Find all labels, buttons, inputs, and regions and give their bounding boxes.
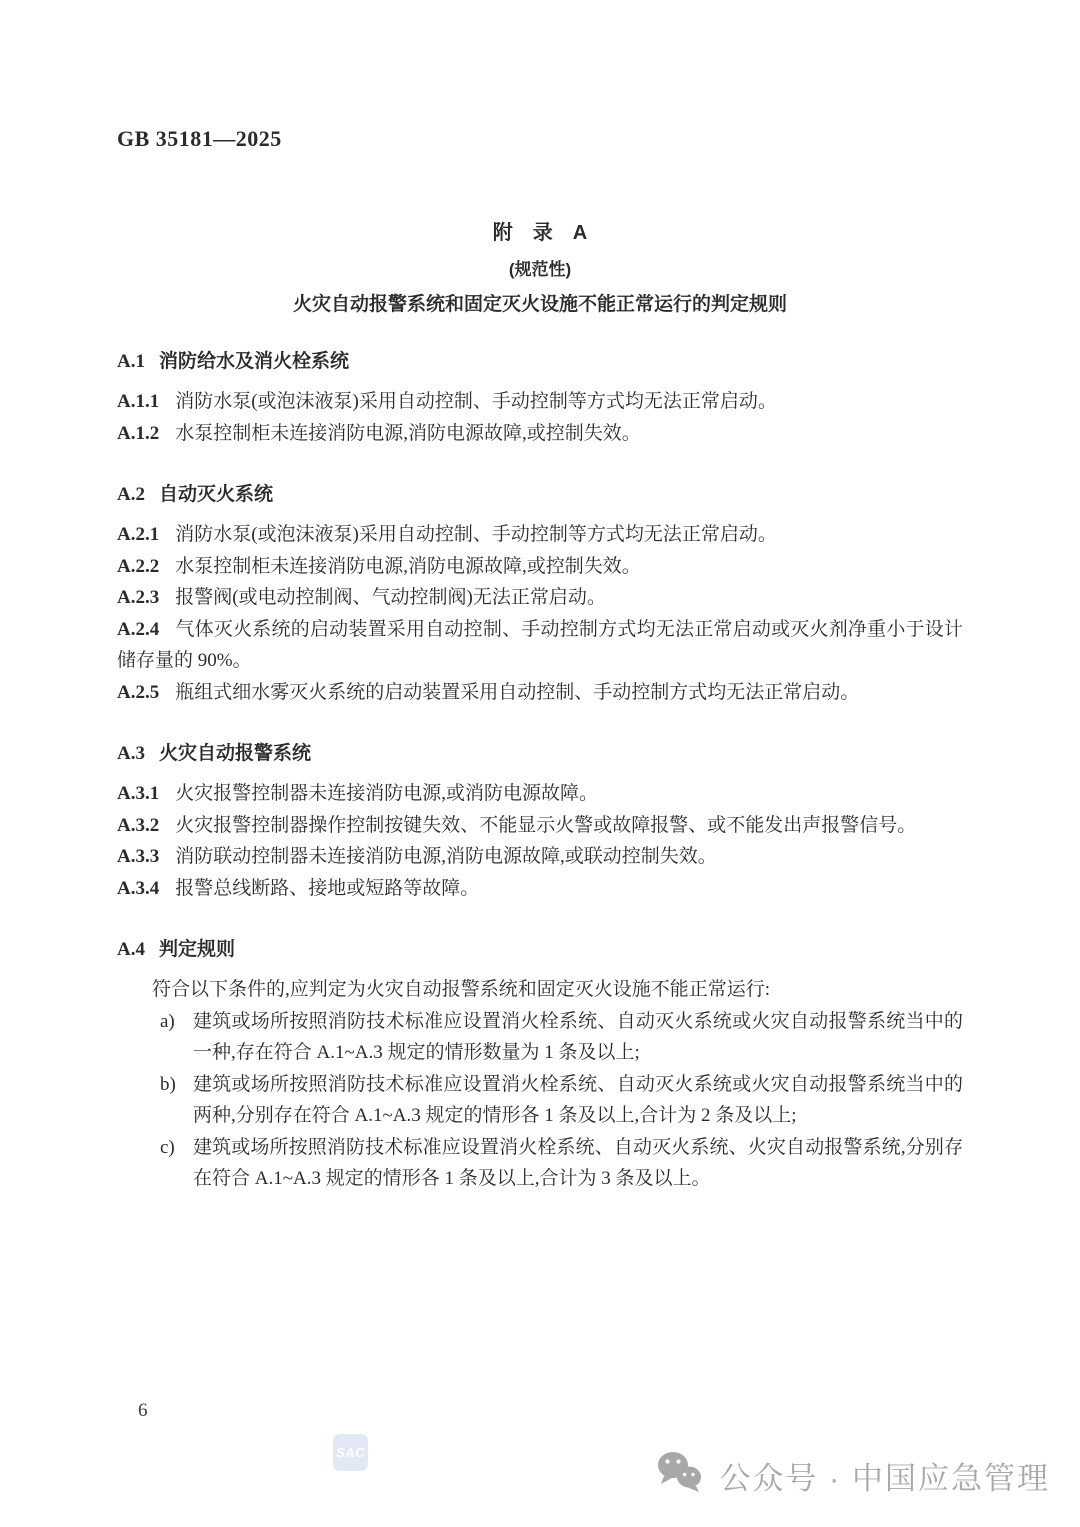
clause-text: 水泵控制柜未连接消防电源,消防电源故障,或控制失效。	[175, 556, 641, 577]
section-heading-a4: A.4判定规则	[117, 934, 963, 961]
section-number: A.4	[117, 939, 145, 960]
section-number: A.1	[117, 351, 145, 372]
clause-a2-1: A.2.1消防水泵(或泡沫液泵)采用自动控制、手动控制等方式均无法正常启动。	[117, 519, 963, 551]
section-title: 自动灭火系统	[159, 484, 273, 505]
clause-a1-2: A.1.2水泵控制柜未连接消防电源,消防电源故障,或控制失效。	[117, 418, 963, 450]
clause-number: A.2.5	[117, 682, 159, 703]
clause-number: A.3.1	[117, 783, 159, 804]
standard-code: GB 35181—2025	[117, 126, 963, 152]
rule-item-b: b) 建筑或场所按照消防技术标准应设置消火栓系统、自动灭火系统或火灾自动报警系统…	[160, 1069, 963, 1132]
appendix-normative-tag: (规范性)	[117, 255, 963, 280]
section-heading-a3: A.3火灾自动报警系统	[117, 738, 963, 765]
clause-number: A.3.2	[117, 815, 159, 836]
clause-text: 报警阀(或电动控制阀、气动控制阀)无法正常启动。	[175, 587, 606, 608]
rule-item-label: c)	[160, 1132, 193, 1195]
watermark: 公众号 · 中国应急管理	[654, 1450, 1050, 1500]
clause-number: A.1.2	[117, 423, 159, 444]
rule-item-text: 建筑或场所按照消防技术标准应设置消火栓系统、自动灭火系统或火灾自动报警系统当中的…	[193, 1069, 963, 1132]
sac-logo-text: SAC	[336, 1445, 365, 1460]
rule-item-label: a)	[160, 1006, 193, 1069]
clause-number: A.3.4	[117, 878, 159, 899]
clause-text: 火灾报警控制器操作控制按键失效、不能显示火警或故障报警、或不能发出声报警信号。	[175, 815, 916, 836]
judgment-rule-list: a) 建筑或场所按照消防技术标准应设置消火栓系统、自动灭火系统或火灾自动报警系统…	[117, 1006, 963, 1195]
clause-a2-4: A.2.4气体灭火系统的启动装置采用自动控制、手动控制方式均无法正常启动或灭火剂…	[117, 614, 963, 677]
section-number: A.2	[117, 484, 145, 505]
clause-number: A.2.4	[117, 619, 159, 640]
clause-a1-1: A.1.1消防水泵(或泡沫液泵)采用自动控制、手动控制等方式均无法正常启动。	[117, 386, 963, 418]
clause-a3-2: A.3.2火灾报警控制器操作控制按键失效、不能显示火警或故障报警、或不能发出声报…	[117, 810, 963, 842]
wechat-icon	[654, 1450, 704, 1500]
clause-text: 报警总线断路、接地或短路等故障。	[175, 878, 479, 899]
appendix-title: 火灾自动报警系统和固定灭火设施不能正常运行的判定规则	[117, 289, 963, 316]
clause-text: 火灾报警控制器未连接消防电源,或消防电源故障。	[175, 783, 598, 804]
rule-item-text: 建筑或场所按照消防技术标准应设置消火栓系统、自动灭火系统、火灾自动报警系统,分别…	[193, 1132, 963, 1195]
clause-number: A.3.3	[117, 846, 159, 867]
clause-number: A.2.1	[117, 524, 159, 545]
document-content: GB 35181—2025 附 录 A (规范性) 火灾自动报警系统和固定灭火设…	[117, 0, 963, 1195]
section-title: 火灾自动报警系统	[159, 743, 311, 764]
clause-number: A.2.2	[117, 556, 159, 577]
section-title: 判定规则	[159, 939, 235, 960]
judgment-intro: 符合以下条件的,应判定为火灾自动报警系统和固定灭火设施不能正常运行:	[117, 974, 963, 1006]
clause-text: 消防联动控制器未连接消防电源,消防电源故障,或联动控制失效。	[175, 846, 717, 867]
clause-a2-2: A.2.2水泵控制柜未连接消防电源,消防电源故障,或控制失效。	[117, 551, 963, 583]
clause-a2-3: A.2.3报警阀(或电动控制阀、气动控制阀)无法正常启动。	[117, 582, 963, 614]
section-heading-a1: A.1消防给水及消火栓系统	[117, 346, 963, 373]
rule-item-c: c) 建筑或场所按照消防技术标准应设置消火栓系统、自动灭火系统、火灾自动报警系统…	[160, 1132, 963, 1195]
clause-text: 消防水泵(或泡沫液泵)采用自动控制、手动控制等方式均无法正常启动。	[175, 391, 777, 412]
rule-item-text: 建筑或场所按照消防技术标准应设置消火栓系统、自动灭火系统或火灾自动报警系统当中的…	[193, 1006, 963, 1069]
sac-logo: SAC	[333, 1434, 368, 1471]
appendix-label: 附 录 A	[117, 216, 963, 245]
clause-a3-4: A.3.4报警总线断路、接地或短路等故障。	[117, 873, 963, 905]
clause-text: 气体灭火系统的启动装置采用自动控制、手动控制方式均无法正常启动或灭火剂净重小于设…	[117, 619, 963, 672]
section-number: A.3	[117, 743, 145, 764]
section-heading-a2: A.2自动灭火系统	[117, 479, 963, 506]
clause-text: 水泵控制柜未连接消防电源,消防电源故障,或控制失效。	[175, 423, 641, 444]
section-title: 消防给水及消火栓系统	[159, 351, 349, 372]
watermark-text: 公众号 · 中国应急管理	[719, 1453, 1050, 1498]
clause-number: A.2.3	[117, 587, 159, 608]
clause-text: 瓶组式细水雾灭火系统的启动装置采用自动控制、手动控制方式均无法正常启动。	[175, 682, 859, 703]
clause-a3-3: A.3.3消防联动控制器未连接消防电源,消防电源故障,或联动控制失效。	[117, 841, 963, 873]
rule-item-label: b)	[160, 1069, 193, 1132]
standard-document-page: GB 35181—2025 附 录 A (规范性) 火灾自动报警系统和固定灭火设…	[0, 0, 1080, 1527]
page-number: 6	[138, 1400, 148, 1422]
clause-a3-1: A.3.1火灾报警控制器未连接消防电源,或消防电源故障。	[117, 778, 963, 810]
clause-a2-5: A.2.5瓶组式细水雾灭火系统的启动装置采用自动控制、手动控制方式均无法正常启动…	[117, 677, 963, 709]
rule-item-a: a) 建筑或场所按照消防技术标准应设置消火栓系统、自动灭火系统或火灾自动报警系统…	[160, 1006, 963, 1069]
clause-text: 消防水泵(或泡沫液泵)采用自动控制、手动控制等方式均无法正常启动。	[175, 524, 777, 545]
clause-number: A.1.1	[117, 391, 159, 412]
